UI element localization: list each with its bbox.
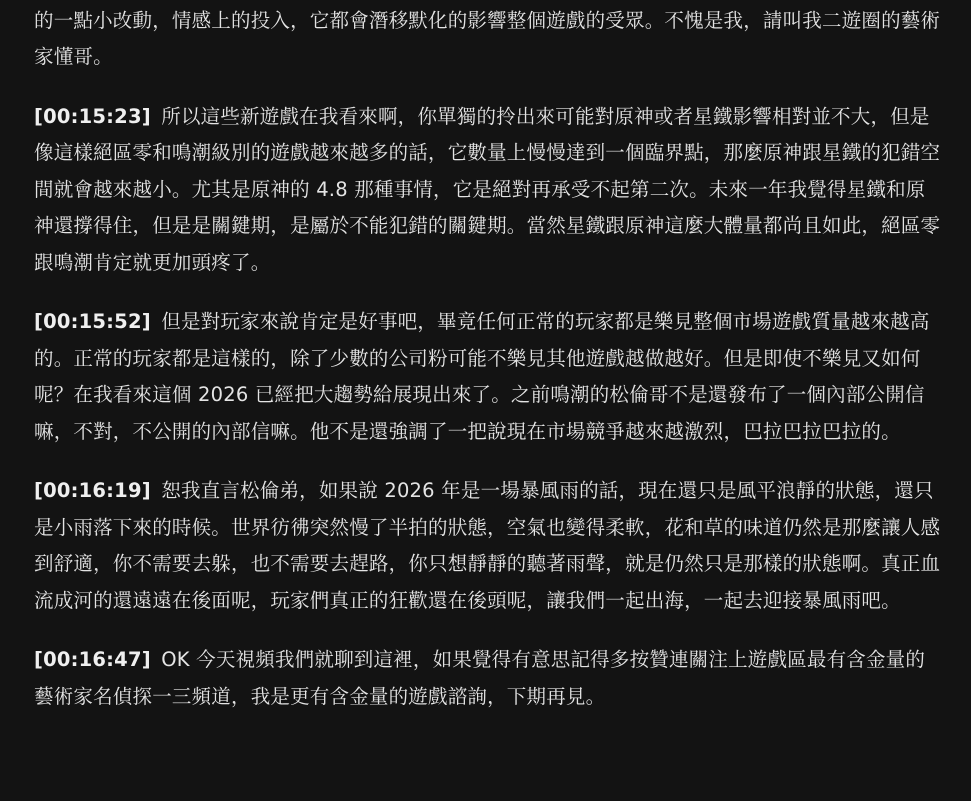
entry-text: 的一點小改動，情感上的投入，它都會潛移默化的影響整個遊戲的受眾。不愧是我，請叫我… <box>34 9 940 69</box>
transcript-entry: [00:16:19] 恕我直言松倫弟，如果說 2026 年是一場暴風雨的話，現在… <box>34 473 944 619</box>
entry-text: 但是對玩家來說肯定是好事吧，畢竟任何正常的玩家都是樂見整個市場遊戲質量越來越高的… <box>34 310 930 443</box>
entry-timestamp[interactable]: [00:15:52] <box>34 310 151 333</box>
entry-text: 恕我直言松倫弟，如果說 2026 年是一場暴風雨的話，現在還只是風平浪靜的狀態，… <box>34 479 940 612</box>
entry-timestamp[interactable]: [00:15:23] <box>34 105 151 128</box>
entry-text: 所以這些新遊戲在我看來啊，你單獨的拎出來可能對原神或者星鐵影響相對並不大，但是像… <box>34 105 940 274</box>
entry-timestamp[interactable]: [00:16:19] <box>34 479 151 502</box>
entry-text: OK 今天視頻我們就聊到這裡，如果覺得有意思記得多按贊連關注上遊戲區最有含金量的… <box>34 648 925 708</box>
transcript-entry: [00:16:47] OK 今天視頻我們就聊到這裡，如果覺得有意思記得多按贊連關… <box>34 642 944 715</box>
transcript-panel: 遊戲的每一處細節，無論是角色的一句台詞、美術上的設計、劇情中 的一點小改動，情感… <box>34 0 944 738</box>
transcript-entry: [00:15:23] 所以這些新遊戲在我看來啊，你單獨的拎出來可能對原神或者星鐵… <box>34 99 944 282</box>
transcript-entry: [00:15:52] 但是對玩家來說肯定是好事吧，畢竟任何正常的玩家都是樂見整個… <box>34 304 944 450</box>
transcript-entry: 遊戲的每一處細節，無論是角色的一句台詞、美術上的設計、劇情中 的一點小改動，情感… <box>34 0 944 76</box>
entry-timestamp[interactable]: [00:16:47] <box>34 648 151 671</box>
